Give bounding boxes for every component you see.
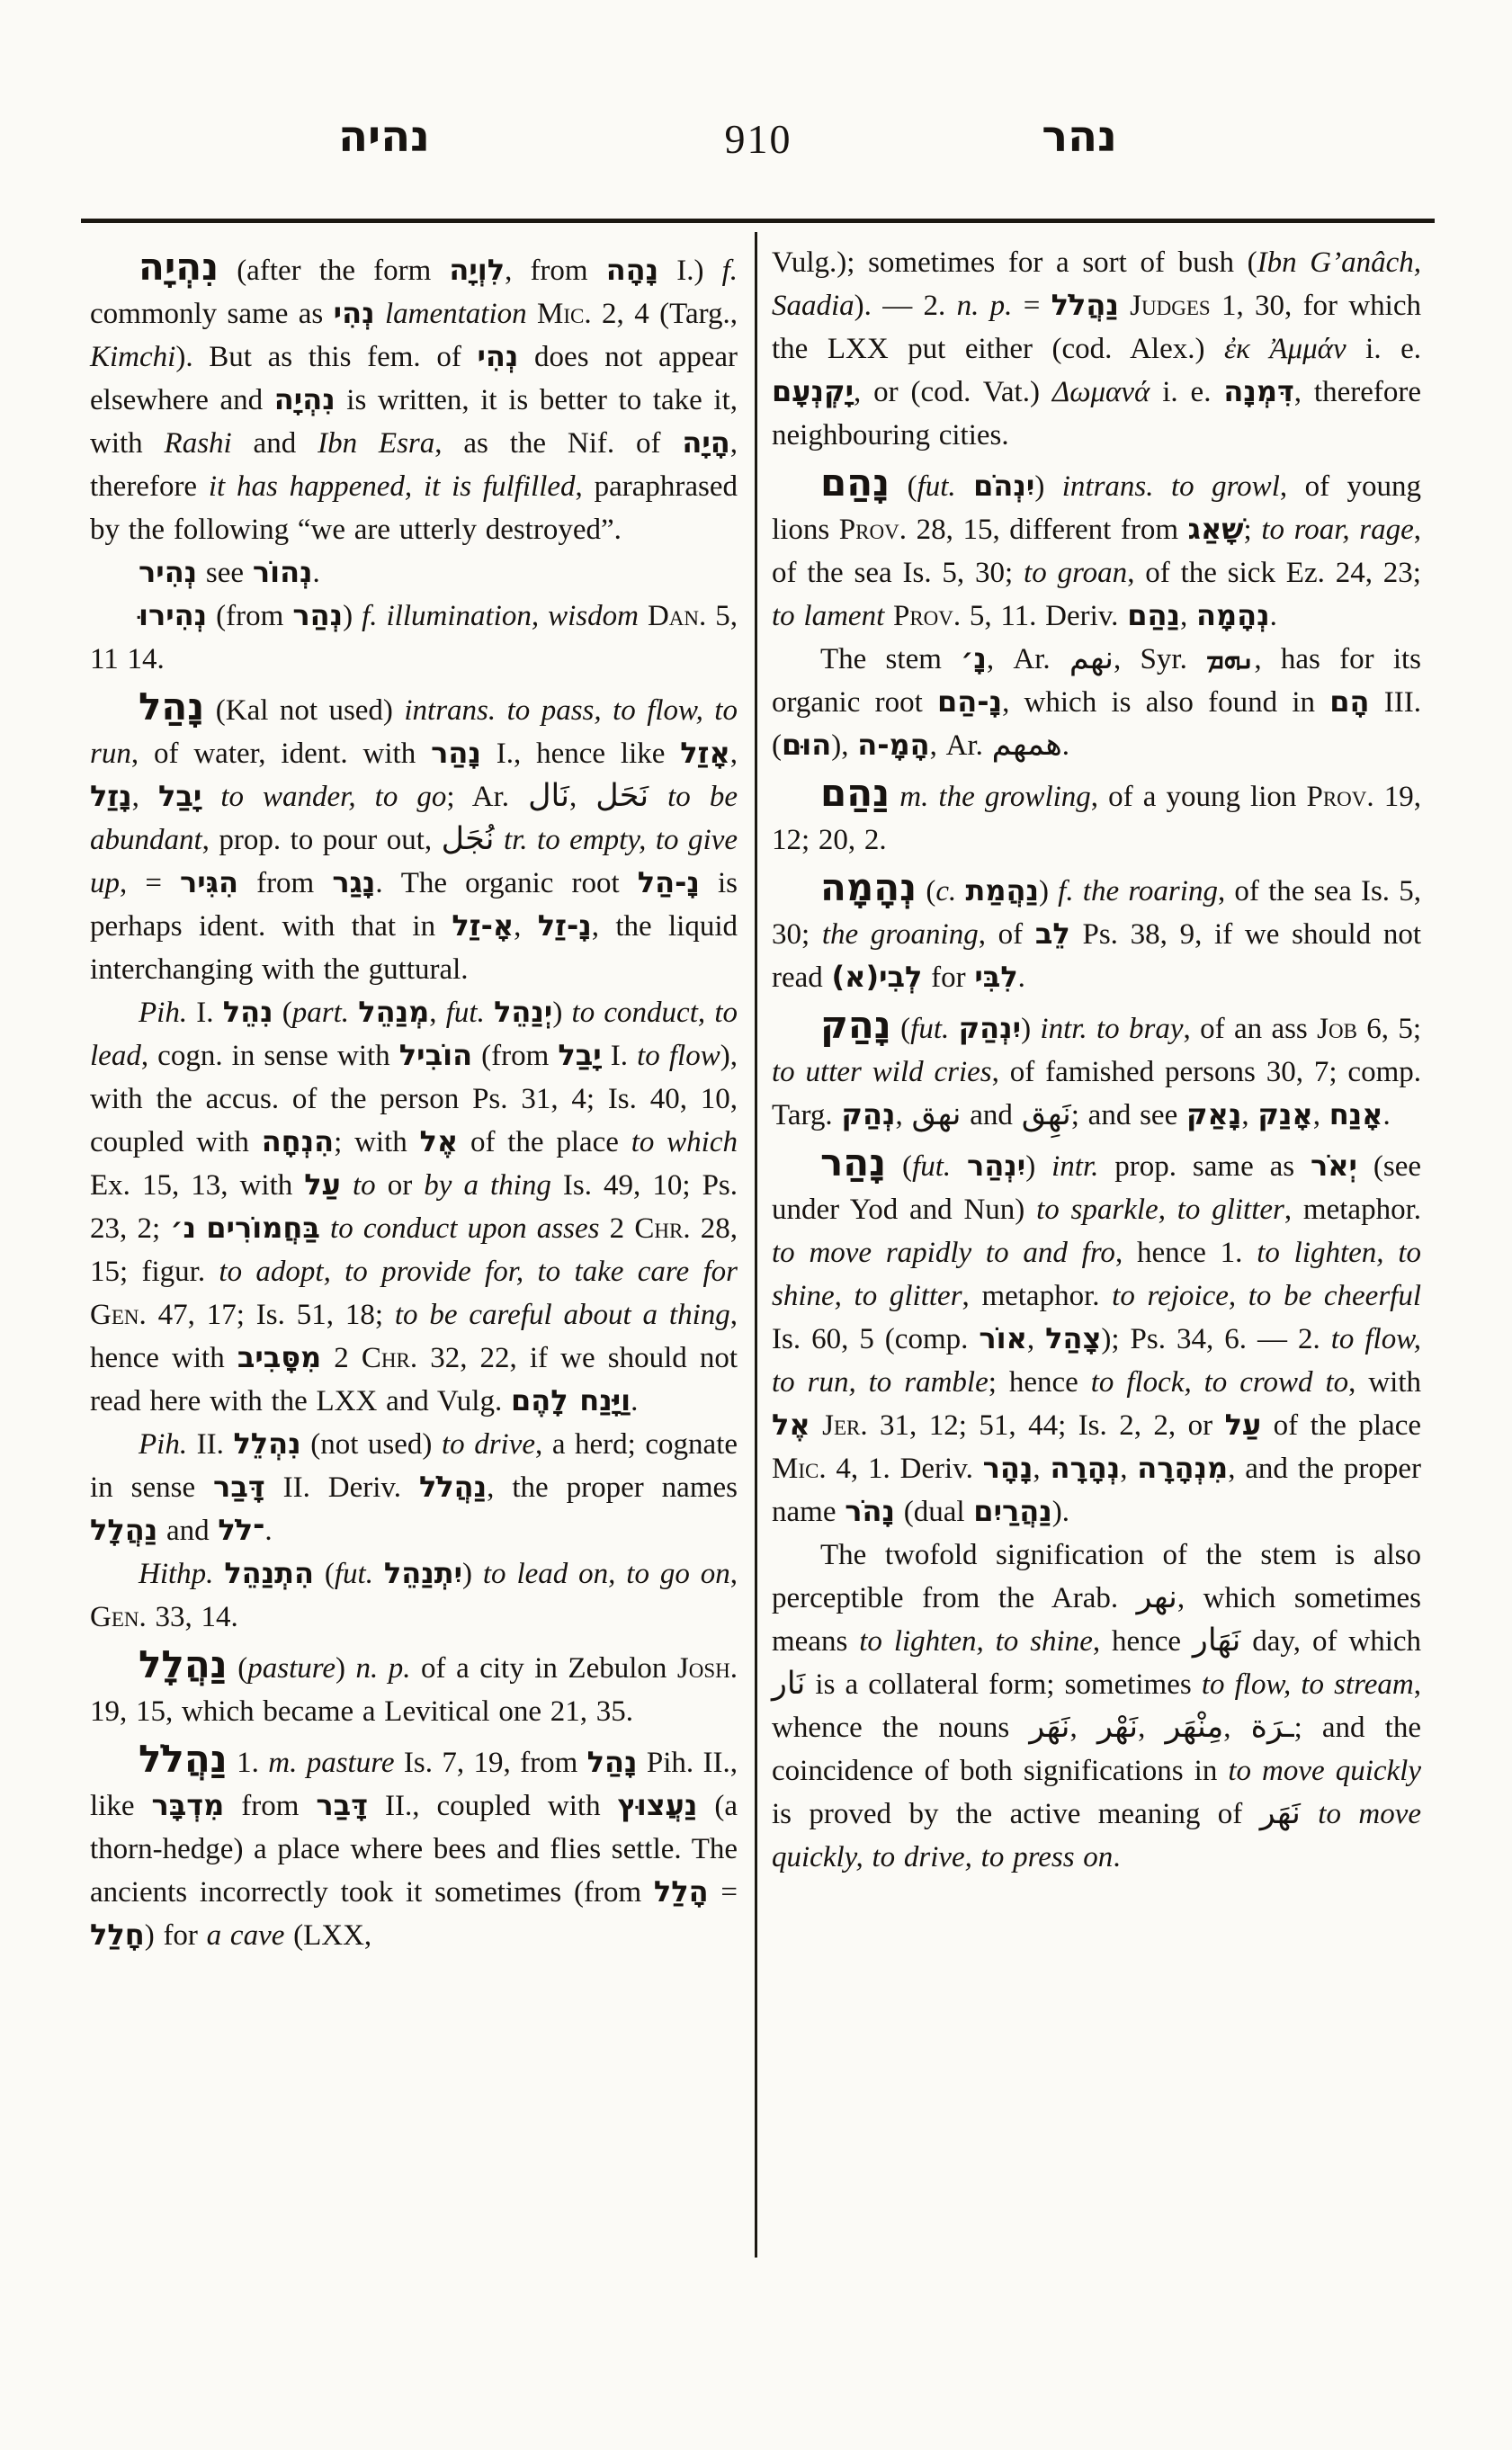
hebrew-text: ־לֹל [218,1513,264,1547]
right-column: Vulg.); sometimes for a sort of bush (Ib… [772,241,1421,1879]
text-run: = [709,1876,738,1909]
text-run: to move rapidly to and fro [772,1237,1115,1269]
hebrew-text: יְאֹר [1311,1149,1357,1183]
hebrew-text: נְהִירוּ [139,598,207,632]
text-run: or [376,1169,425,1202]
hebrew-text: נִהְיָה [274,382,336,416]
hebrew-text: נְהִי [477,339,518,373]
column-divider [755,232,757,2258]
text-run: n. p. [957,290,1013,322]
entry-headword: נַהֲלֹל [139,1737,228,1781]
hebrew-text: יָקְנְעָם [772,374,854,408]
text-run [213,1558,224,1590]
book-reference: Gen. [90,1601,147,1633]
text-run: , Ar. [930,729,992,762]
text-run [649,781,667,813]
text-run: . [313,557,320,589]
hebrew-text: נְהִיר [139,555,197,589]
hebrew-text: צָהַל [1045,1321,1101,1355]
hebrew-text: אוֹר [979,1321,1027,1355]
text-run [956,470,973,503]
text-run: . [264,1515,272,1547]
text-run: . [1062,729,1069,762]
text-run: i. e. [1150,376,1223,408]
entry-paragraph: The stem נָ׳, Ar. نهم, Syr. ܢܗܡ, has for… [772,638,1421,767]
entry-headword: נָהַם [820,460,890,505]
book-reference: Chr. [634,1212,690,1245]
hebrew-text: יָבַל [558,1038,601,1072]
text-run: to rejoice, to be cheerful [1112,1280,1421,1312]
text-run: 2, 4 (Targ., [592,298,738,330]
text-run: to sparkle, to glitter [1036,1194,1284,1226]
text-run: to flow, to stream [1202,1668,1414,1701]
entry-paragraph: נַהַם m. the growling, of a young lion P… [772,774,1421,862]
hebrew-text: נְהָרָה [1050,1451,1120,1485]
text-run [201,781,220,813]
text-run [341,1169,353,1202]
entry-headword: נַהֲלָל [139,1642,228,1686]
hebrew-text: בַּחֲמוֹרִים [206,1211,320,1245]
text-run: , prop. to pour out, [202,824,442,856]
text-run: 33, 14. [147,1601,238,1633]
arabic-text: نَهَر [1260,1795,1301,1831]
text-run [494,824,503,856]
text-run: 28, 15, different from [907,514,1188,546]
text-run [373,1558,384,1590]
text-run: Pih. [139,997,187,1029]
text-run: the groaning [822,918,979,951]
text-run: ) [343,600,362,632]
text-run: . [1382,1099,1390,1131]
entry-paragraph: נִהְיָה (after the form לִוְיָה, from נָ… [90,248,738,551]
text-run: fut. [446,997,485,1029]
arabic-text: ـرَة [1251,1709,1294,1745]
text-run: to groan [1024,557,1127,589]
text-run: . [1113,1841,1120,1873]
hebrew-text: נַהַם [1127,598,1180,632]
arabic-text: نَهَر [1029,1709,1069,1745]
hebrew-text: הָם [1329,684,1369,719]
text-run: ( [314,1558,335,1590]
hebrew-text: נ׳ [170,1211,196,1245]
text-run: , [429,997,445,1029]
hebrew-text: לֵב [1035,917,1070,951]
text-run: , [895,1099,911,1131]
text-run: , [1138,1712,1165,1744]
text-run: Kimchi [90,341,175,373]
text-run [527,298,537,330]
text-run: , hence 1. [1115,1237,1257,1269]
text-run: , of an ass [1184,1013,1318,1045]
entry-headword: נָהַק [820,1003,891,1047]
text-run: , the proper names [487,1471,738,1504]
entry-headword: נַהַם [820,771,890,815]
text-run: Is. 60, 5 (comp. [772,1323,979,1355]
entry-paragraph: נָהַל (Kal not used) intrans. to pass, t… [90,688,738,991]
text-run: II. Deriv. [265,1471,419,1504]
text-run: ). — 2. [854,290,957,322]
text-run: (Kal not used) [204,694,404,727]
entry-paragraph: Hithp. הִתְנַהֵל (fut. יִתְנַהֵל) to lea… [90,1552,738,1639]
text-run: , [1070,1712,1097,1744]
entry-paragraph: The twofold signification of the stem is… [772,1533,1421,1879]
text-run: ) [1021,1013,1040,1045]
text-run: ); Ps. 34, 6. — 2. [1101,1323,1330,1355]
text-run: , Syr. [1114,643,1206,675]
text-run: , [1313,1099,1329,1131]
text-run: , or (cod. Vat.) [854,376,1052,408]
text-run: from [238,867,332,899]
hebrew-text: יִנְהַר [967,1149,1025,1183]
text-run: for [922,961,974,994]
entry-headword: נָהַר [820,1140,886,1185]
arabic-text: نُجَل [442,821,495,857]
hebrew-text: נָהַל [587,1745,638,1779]
text-run: to lament [772,600,884,632]
hebrew-text: אָנַח [1329,1097,1383,1131]
text-run: , [1223,1712,1250,1744]
text-run: , [1241,1099,1257,1131]
entry-paragraph: נְהִירוּ (from נְהַר) f. illumination, w… [90,595,738,681]
greek-text: ἐκ Ἀμμάν [1224,333,1346,365]
text-run: (from [207,600,292,632]
arabic-text: مِنْهَر [1166,1709,1224,1745]
text-run: from [224,1790,316,1822]
hebrew-text: נָ-הַל [638,865,700,899]
text-run: (after the form [219,255,449,287]
text-run: by a thing [424,1169,551,1202]
text-run: ) for [145,1919,207,1952]
text-run: f. illumination, wisdom [362,600,639,632]
hebrew-text: הָלַל [654,1874,709,1909]
text-run: i. e. [1346,333,1421,365]
text-run: , of [979,918,1035,951]
hebrew-text: נְהָמָה [1196,598,1270,632]
text-run: fut. [912,1150,951,1183]
text-run: , [1033,1453,1050,1485]
hebrew-text: לִוְיָה [449,253,505,287]
text-run: ; Ar. [446,781,528,813]
hebrew-text: נָגַר [332,865,375,899]
text-run: commonly same as [90,298,334,330]
text-run: ( [273,997,292,1029]
text-run: , from [505,255,606,287]
book-reference: Mic. [537,298,592,330]
hebrew-text: נַהֲלֹל [419,1470,487,1504]
syriac-text: ܢܗܡ [1206,644,1254,675]
text-run: 19, 15, which became a Levitical one 21,… [90,1695,633,1728]
text-run: fut. [335,1558,373,1590]
text-run: 31, 12; 51, 44; Is. 2, 2, or [868,1409,1225,1442]
text-run: see [197,557,253,589]
text-run: to lead on, to go on [483,1558,730,1590]
arabic-text: نَهْر [1097,1709,1138,1745]
book-reference: Josh. [677,1652,738,1685]
text-run [1301,1798,1318,1830]
text-run: 2 [599,1212,634,1245]
text-run: ( [886,1150,912,1183]
text-run: 2 [321,1342,362,1374]
text-run: f. [722,255,738,287]
text-run: , of the sick Ez. 24, 23; [1127,557,1421,589]
text-run: f. the roaring [1058,875,1218,908]
text-run: ; [1244,514,1262,546]
text-run: Vulg.); sometimes for a sort of bush ( [772,246,1257,279]
text-run: (not used) [301,1428,442,1461]
text-run: ( [890,470,917,503]
book-reference: Dan. [648,600,706,632]
text-run: I., hence like [481,738,680,770]
text-run: , of water, ident. with [131,738,431,770]
text-run: 4, 1. Deriv. [827,1453,983,1485]
arabic-text: نهم [1069,640,1114,676]
text-run: fut. [910,1013,949,1045]
hebrew-text: נָ׳ [961,641,987,675]
hebrew-text: הִגִּיר [180,865,238,899]
text-run: = [1012,290,1051,322]
text-run [884,600,893,632]
text-run: , metaphor. [1284,1194,1421,1226]
text-run: m. the growling [899,781,1091,813]
header-catchword-left: נהיה [338,113,430,161]
text-run: ), [831,729,857,762]
hebrew-text: נָ-הַם [937,684,1002,719]
text-run: m. pasture [268,1747,394,1779]
hebrew-text: מְנַהֵל [358,995,429,1029]
text-run: Rashi [165,427,232,460]
hebrew-text: יִנְהַק [959,1011,1021,1045]
entry-paragraph: Pih. II. נִהְלֵל (not used) to drive, a … [90,1423,738,1552]
hebrew-text: עַל [1225,1408,1262,1442]
hebrew-text: חָלַל [90,1918,145,1952]
text-run: , with [1348,1366,1421,1399]
entry-paragraph: נָהַק (fut. יִנְהַק) intr. to bray, of a… [772,1006,1421,1137]
text-run: Ibn Esra [318,427,434,460]
entry-headword: נִהְיָה [139,245,219,289]
text-run: and [962,1099,1022,1131]
header-catchword-right: נהר [1042,113,1117,161]
hebrew-text: נִהְלֵל [233,1426,300,1461]
text-run: , Ar. [987,643,1069,675]
hebrew-text: מִסָּבִיב [237,1340,321,1374]
hebrew-text: הִתְנַהֵל [224,1556,314,1590]
book-reference: Prov. [893,600,961,632]
text-run: to flock, to crowd to [1091,1366,1348,1399]
entry-paragraph: נַהֲלֹל 1. m. pasture Is. 7, 19, from נָ… [90,1740,738,1957]
text-run: pasture [247,1652,336,1685]
text-run: (dual [895,1496,973,1528]
hebrew-text: יָבַל [158,779,201,813]
hebrew-text: נָ-זַל [538,908,592,943]
text-run: , [1120,1453,1137,1485]
text-run: ) [1039,875,1058,908]
text-run: , [1180,600,1196,632]
text-run: intrans. to growl [1062,470,1280,503]
arabic-text: نَال [528,778,569,814]
text-run: it has happened, it is fulfilled [209,470,576,503]
text-run [949,1013,958,1045]
text-run: 47, 17; Is. 51, 18; [147,1299,395,1331]
text-run: Pih. [139,1428,187,1461]
hebrew-text: אָזַל [680,736,729,770]
text-run: day, of which [1240,1625,1421,1658]
text-run: (LXX, [284,1919,371,1952]
text-run: , [1027,1323,1045,1355]
text-run: ) [1025,1150,1051,1183]
page: נהיה 910 נהר נִהְיָה (after the form לִו… [0,0,1512,2450]
hebrew-text: שָׁאַג [1188,512,1244,546]
hebrew-text: נָהָר [983,1451,1033,1485]
entry-paragraph: נְהָמָה (c. נַהֲמַת) f. the roaring, of … [772,869,1421,999]
text-run: of the place [458,1126,631,1158]
text-run: is a collateral form; sometimes [805,1668,1202,1701]
text-run: to conduct upon asses [330,1212,599,1245]
text-run: , [730,738,738,770]
text-run: to wander, to go [220,781,446,813]
text-run: and [232,427,318,460]
text-run [1119,290,1130,322]
text-run: intr. [1051,1150,1098,1183]
hebrew-text: נְהִי [334,296,375,330]
hebrew-text: יְנַהֵל [494,995,552,1029]
text-run: ) [552,997,571,1029]
text-run: to utter wild cries [772,1056,992,1088]
entry-paragraph: נָהַם (fut. יִנְהֹם) intrans. to growl, … [772,464,1421,638]
hebrew-text: הָמָ-ה [857,728,929,762]
text-run: lamentation [385,298,527,330]
text-run: to flow [637,1040,720,1072]
hebrew-text: הִנְחָה [262,1124,334,1158]
text-run: intr. to bray [1040,1013,1183,1045]
text-run: ; with [334,1126,419,1158]
arabic-text: نَار [772,1666,805,1702]
text-run [810,1409,822,1442]
book-reference: Chr. [362,1342,417,1374]
hebrew-text: הוּם [782,728,831,762]
text-run: . [631,1385,638,1417]
hebrew-text: נָהֹר [845,1494,895,1528]
text-run: to adopt, to provide for, to take care f… [219,1256,738,1288]
text-run: I.) [658,255,721,287]
text-run: The stem [820,643,961,675]
text-run: to be careful about a thing [395,1299,730,1331]
text-run: ) [1034,470,1061,503]
arabic-text: همهم [992,727,1062,763]
text-run: , which is also found in [1002,686,1329,719]
entry-paragraph: נָהַר (fut. יִנְהַר) intr. prop. same as… [772,1144,1421,1533]
text-run [951,1150,967,1183]
text-run: 1. [228,1747,269,1779]
hebrew-text: הוֹבִיל [399,1038,472,1072]
hebrew-text: הָיָה [682,425,729,460]
text-run: is proved by the active meaning of [772,1798,1260,1830]
text-run [485,997,494,1029]
text-run: , of a young lion [1091,781,1307,813]
hebrew-text: דָּבַר [316,1788,368,1822]
hebrew-text: עַל [304,1167,341,1202]
text-run: ( [228,1652,248,1685]
text-run: II., coupled with [368,1790,618,1822]
entry-paragraph: Vulg.); sometimes for a sort of bush (Ib… [772,241,1421,457]
text-run: , [730,1558,738,1590]
text-run: a cave [207,1919,285,1952]
text-run: to roar, rage [1261,514,1413,546]
text-run: Is. 7, 19, from [395,1747,587,1779]
greek-text: Δωμανά [1052,376,1150,408]
text-run [639,600,648,632]
hebrew-text: אָ-זַל [452,908,514,943]
text-run [890,781,899,813]
entry-paragraph: נְהִיר see נְהוֹר. [90,551,738,595]
hebrew-text: נַהֲמַת [965,873,1039,908]
hebrew-text: נַהֲלָל [90,1513,157,1547]
hebrew-text: נָזַל [90,779,132,813]
entry-paragraph: Pih. I. נִהֵל (part. מְנַהֵל, fut. יְנַה… [90,991,738,1423]
text-run: part. [292,997,349,1029]
page-number: 910 [725,117,792,163]
text-run: , as the Nif. of [434,427,682,460]
text-run: , cogn. in sense with [141,1040,399,1072]
left-column: נִהְיָה (after the form לִוְיָה, from נָ… [90,241,738,1957]
text-run: prop. same as [1098,1150,1311,1183]
text-run: to drive [442,1428,535,1461]
text-run: , hence [1093,1625,1193,1658]
text-run: n. p. [356,1652,411,1685]
hebrew-text: נַעֲצוּץ [618,1788,698,1822]
hebrew-text: נָהָה [606,253,658,287]
text-run: II. [187,1428,233,1461]
hebrew-text: נִהֵל [223,995,273,1029]
text-run: to move quickly [1228,1755,1421,1787]
hebrew-text: נַהֲלֹל [1051,288,1119,322]
text-run: I. [187,997,223,1029]
hebrew-text: נַהֲרַיִם [973,1494,1051,1528]
entry-headword: נָהַל [139,684,204,729]
arabic-text: نَحَل [595,778,649,814]
hebrew-text: יִתְנַהֵל [384,1556,462,1590]
hebrew-text: נָאַק [1186,1097,1241,1131]
text-run: . The organic root [375,867,637,899]
text-run: . [1270,600,1277,632]
book-reference: Judges [1130,290,1211,322]
text-run: , = [120,867,180,899]
arabic-text: نهر [1137,1579,1177,1615]
text-run: , [132,781,158,813]
hebrew-text: נָהַר [431,736,481,770]
hebrew-text: נְהוֹר [253,555,313,589]
arabic-text: نَهَار [1193,1623,1240,1659]
hebrew-text: לְבִי(א) [832,960,923,994]
text-run: , [514,910,538,943]
book-reference: Job [1317,1013,1357,1045]
text-run: 5, 11. Deriv. [961,600,1127,632]
hebrew-text: נְהַק [841,1097,895,1131]
text-run: (from [472,1040,558,1072]
text-run: ( [891,1013,910,1045]
text-run [320,1212,330,1245]
text-run: ). But as this fem. of [175,341,477,373]
text-run [956,875,965,908]
book-reference: Prov. [839,514,907,546]
book-reference: Mic. [772,1453,827,1485]
hebrew-text: אָנַק [1257,1097,1312,1131]
text-run: and [157,1515,218,1547]
text-run: c. [935,875,956,908]
text-run: ) [336,1652,356,1685]
text-run: , [569,781,595,813]
hebrew-text: נְהַר [292,598,343,632]
entry-headword: נְהָמָה [820,865,917,909]
